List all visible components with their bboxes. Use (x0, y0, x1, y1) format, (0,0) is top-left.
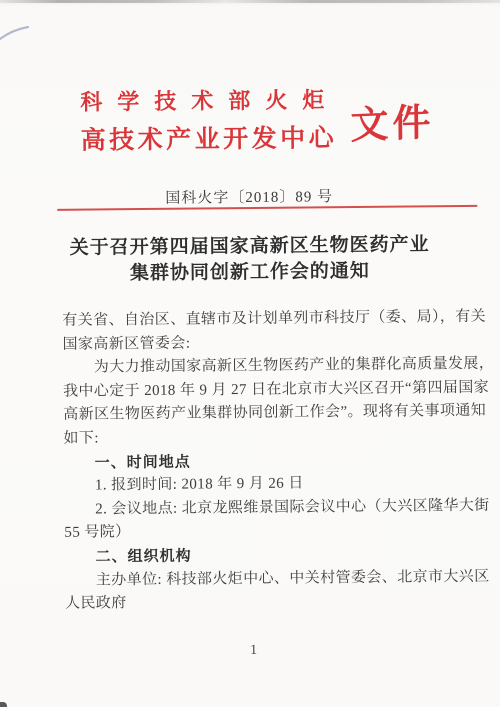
title-line-2: 集群协同创新工作会的通知 (0, 258, 500, 289)
agency-name: 科学技术部火炬 高技术产业开发中心 (80, 85, 339, 157)
scan-corner-artifact (0, 702, 7, 707)
body-line-venue-1: 2. 会议地点: 北京龙熙维景国际会议中心（大兴区隆华大街 (64, 495, 450, 522)
document-body: 有关省、自治区、直辖市及计划单列市科技厅（委、局），有关 国家高新区管委会: 为… (62, 306, 451, 616)
body-line-hosts-2: 人民政府 (65, 589, 451, 616)
agency-name-line-2: 高技术产业开发中心 (80, 123, 338, 157)
letterhead: 科学技术部火炬 高技术产业开发中心 文件 (80, 84, 435, 157)
page-number: 1 (3, 641, 500, 662)
doc-type-label: 文件 (350, 90, 434, 149)
document-title: 关于召开第四届国家高新区生物医药产业 集群协同创新工作会的通知 (0, 232, 500, 289)
body-line-hosts-1: 主办单位: 科技部火炬中心、中关村管委会、北京市大兴区 (65, 566, 451, 593)
agency-name-line-1: 科学技术部火炬 (80, 85, 338, 117)
page-content: 科学技术部火炬 高技术产业开发中心 文件 国科火字〔2018〕89 号 关于召开… (0, 0, 500, 707)
body-line-intro-3: 高新区生物医药产业集群协同创新工作会”。现将有关事项通知 (63, 400, 449, 427)
body-line-intro-1: 为大力推动国家高新区生物医药产业的集群化高质量发展， (63, 353, 449, 380)
title-line-1: 关于召开第四届国家高新区生物医药产业 (0, 232, 500, 263)
document-page: 科学技术部火炬 高技术产业开发中心 文件 国科火字〔2018〕89 号 关于召开… (0, 0, 500, 707)
body-line-recipients-1: 有关省、自治区、直辖市及计划单列市科技厅（委、局），有关 (62, 306, 448, 333)
